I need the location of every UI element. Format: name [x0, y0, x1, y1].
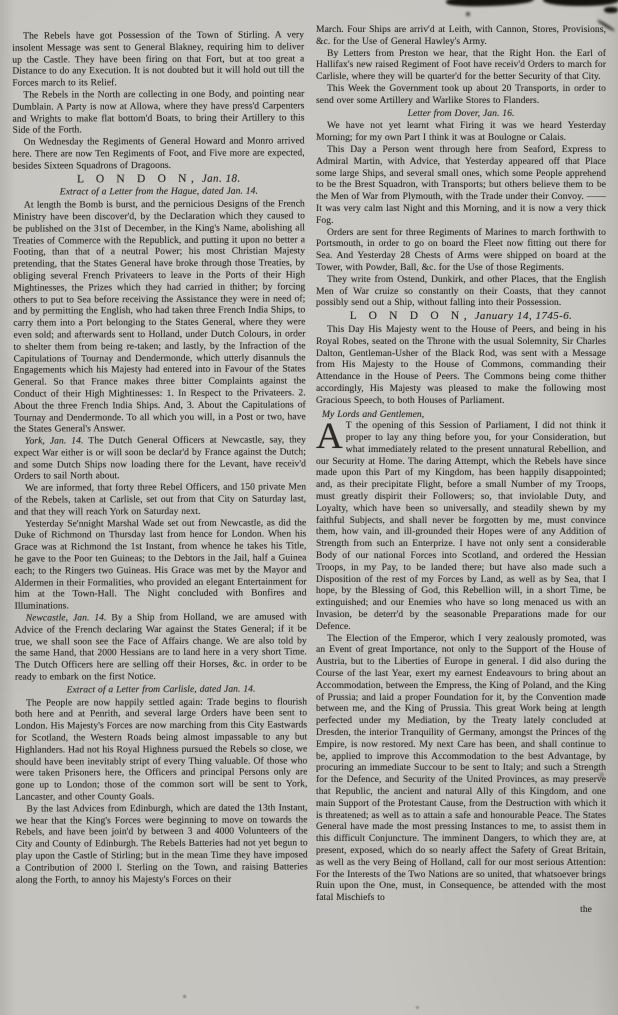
paragraph: York, Jan. 14. The Dutch General Officer…: [14, 434, 306, 482]
drop-cap: A: [316, 420, 346, 451]
newspaper-page: The Rebels have got Possession of the To…: [0, 0, 618, 1015]
ink-smudge: [446, 0, 534, 8]
letter-heading: Extract of a Letter from Carlisle, dated…: [15, 683, 307, 696]
dateline-lead: York, Jan. 14.: [25, 435, 89, 446]
page-speck: [416, 1006, 419, 1009]
ink-smudge: [543, 0, 618, 6]
ink-smudge: [466, 12, 470, 16]
paragraph: The People are now happily settled again…: [15, 696, 307, 803]
page-speck: [602, 733, 606, 739]
paragraph: They write from Ostend, Dunkirk, and oth…: [316, 274, 606, 309]
dateline-city: L O N D O N,: [350, 310, 471, 322]
page-speck: [600, 694, 605, 701]
catchword: the: [316, 904, 606, 916]
ink-smudge: [604, 7, 618, 13]
paragraph: March. Four Ships are arriv'd at Leith, …: [316, 24, 606, 48]
paragraph: This Week the Government took up about 2…: [316, 83, 606, 107]
paragraph: Orders are sent for three Regiments of M…: [316, 227, 606, 274]
paragraph: Newcastle, Jan. 14. By a Ship from Holla…: [15, 611, 307, 683]
paragraph: The Election of the Emperor, which I ver…: [316, 633, 606, 904]
dateline-date: Jan. 18.: [198, 172, 240, 184]
paragraph: On Wednesday the Regiments of General Ho…: [13, 136, 305, 173]
page-speck: [183, 995, 186, 998]
paragraph: We have not yet learnt what Firing it wa…: [316, 120, 606, 144]
section-dateline: L O N D O N, Jan. 18.: [13, 173, 305, 186]
page-speck: [599, 772, 604, 778]
paragraph: The Rebels have got Possession of the To…: [12, 29, 304, 89]
salutation: My Lords and Gentlemen,: [316, 409, 606, 421]
dateline-date: January 14, 1745-6.: [471, 310, 572, 322]
paragraph: AT the opening of this Session of Parlia…: [316, 420, 606, 632]
right-column: March. Four Ships are arriv'd at Leith, …: [316, 24, 606, 916]
section-dateline: L O N D O N, January 14, 1745-6.: [316, 311, 606, 323]
paragraph: This Day His Majesty went to the House o…: [316, 324, 606, 407]
dateline-lead: Newcastle, Jan. 14.: [26, 612, 112, 623]
paragraph: At length the Bomb is burst, and the per…: [13, 199, 306, 436]
paragraph: By the last Advices from Edinburgh, whic…: [16, 802, 308, 886]
left-column: The Rebels have got Possession of the To…: [12, 29, 308, 886]
paragraph: By Letters from Preston we hear, that th…: [316, 48, 606, 83]
letter-heading: Extract of a Letter from the Hague, date…: [13, 186, 305, 199]
paragraph: The Rebels in the North are collecting i…: [12, 88, 304, 136]
paragraph: Yesterday Se'nnight Marshal Wade set out…: [14, 517, 306, 613]
paragraph: This Day a Person went through here from…: [316, 144, 606, 227]
letter-heading: Letter from Dover, Jan. 16.: [316, 108, 606, 120]
dateline-city: L O N D O N,: [77, 172, 198, 185]
paragraph: We are informed, that forty three Rebel …: [14, 482, 306, 519]
